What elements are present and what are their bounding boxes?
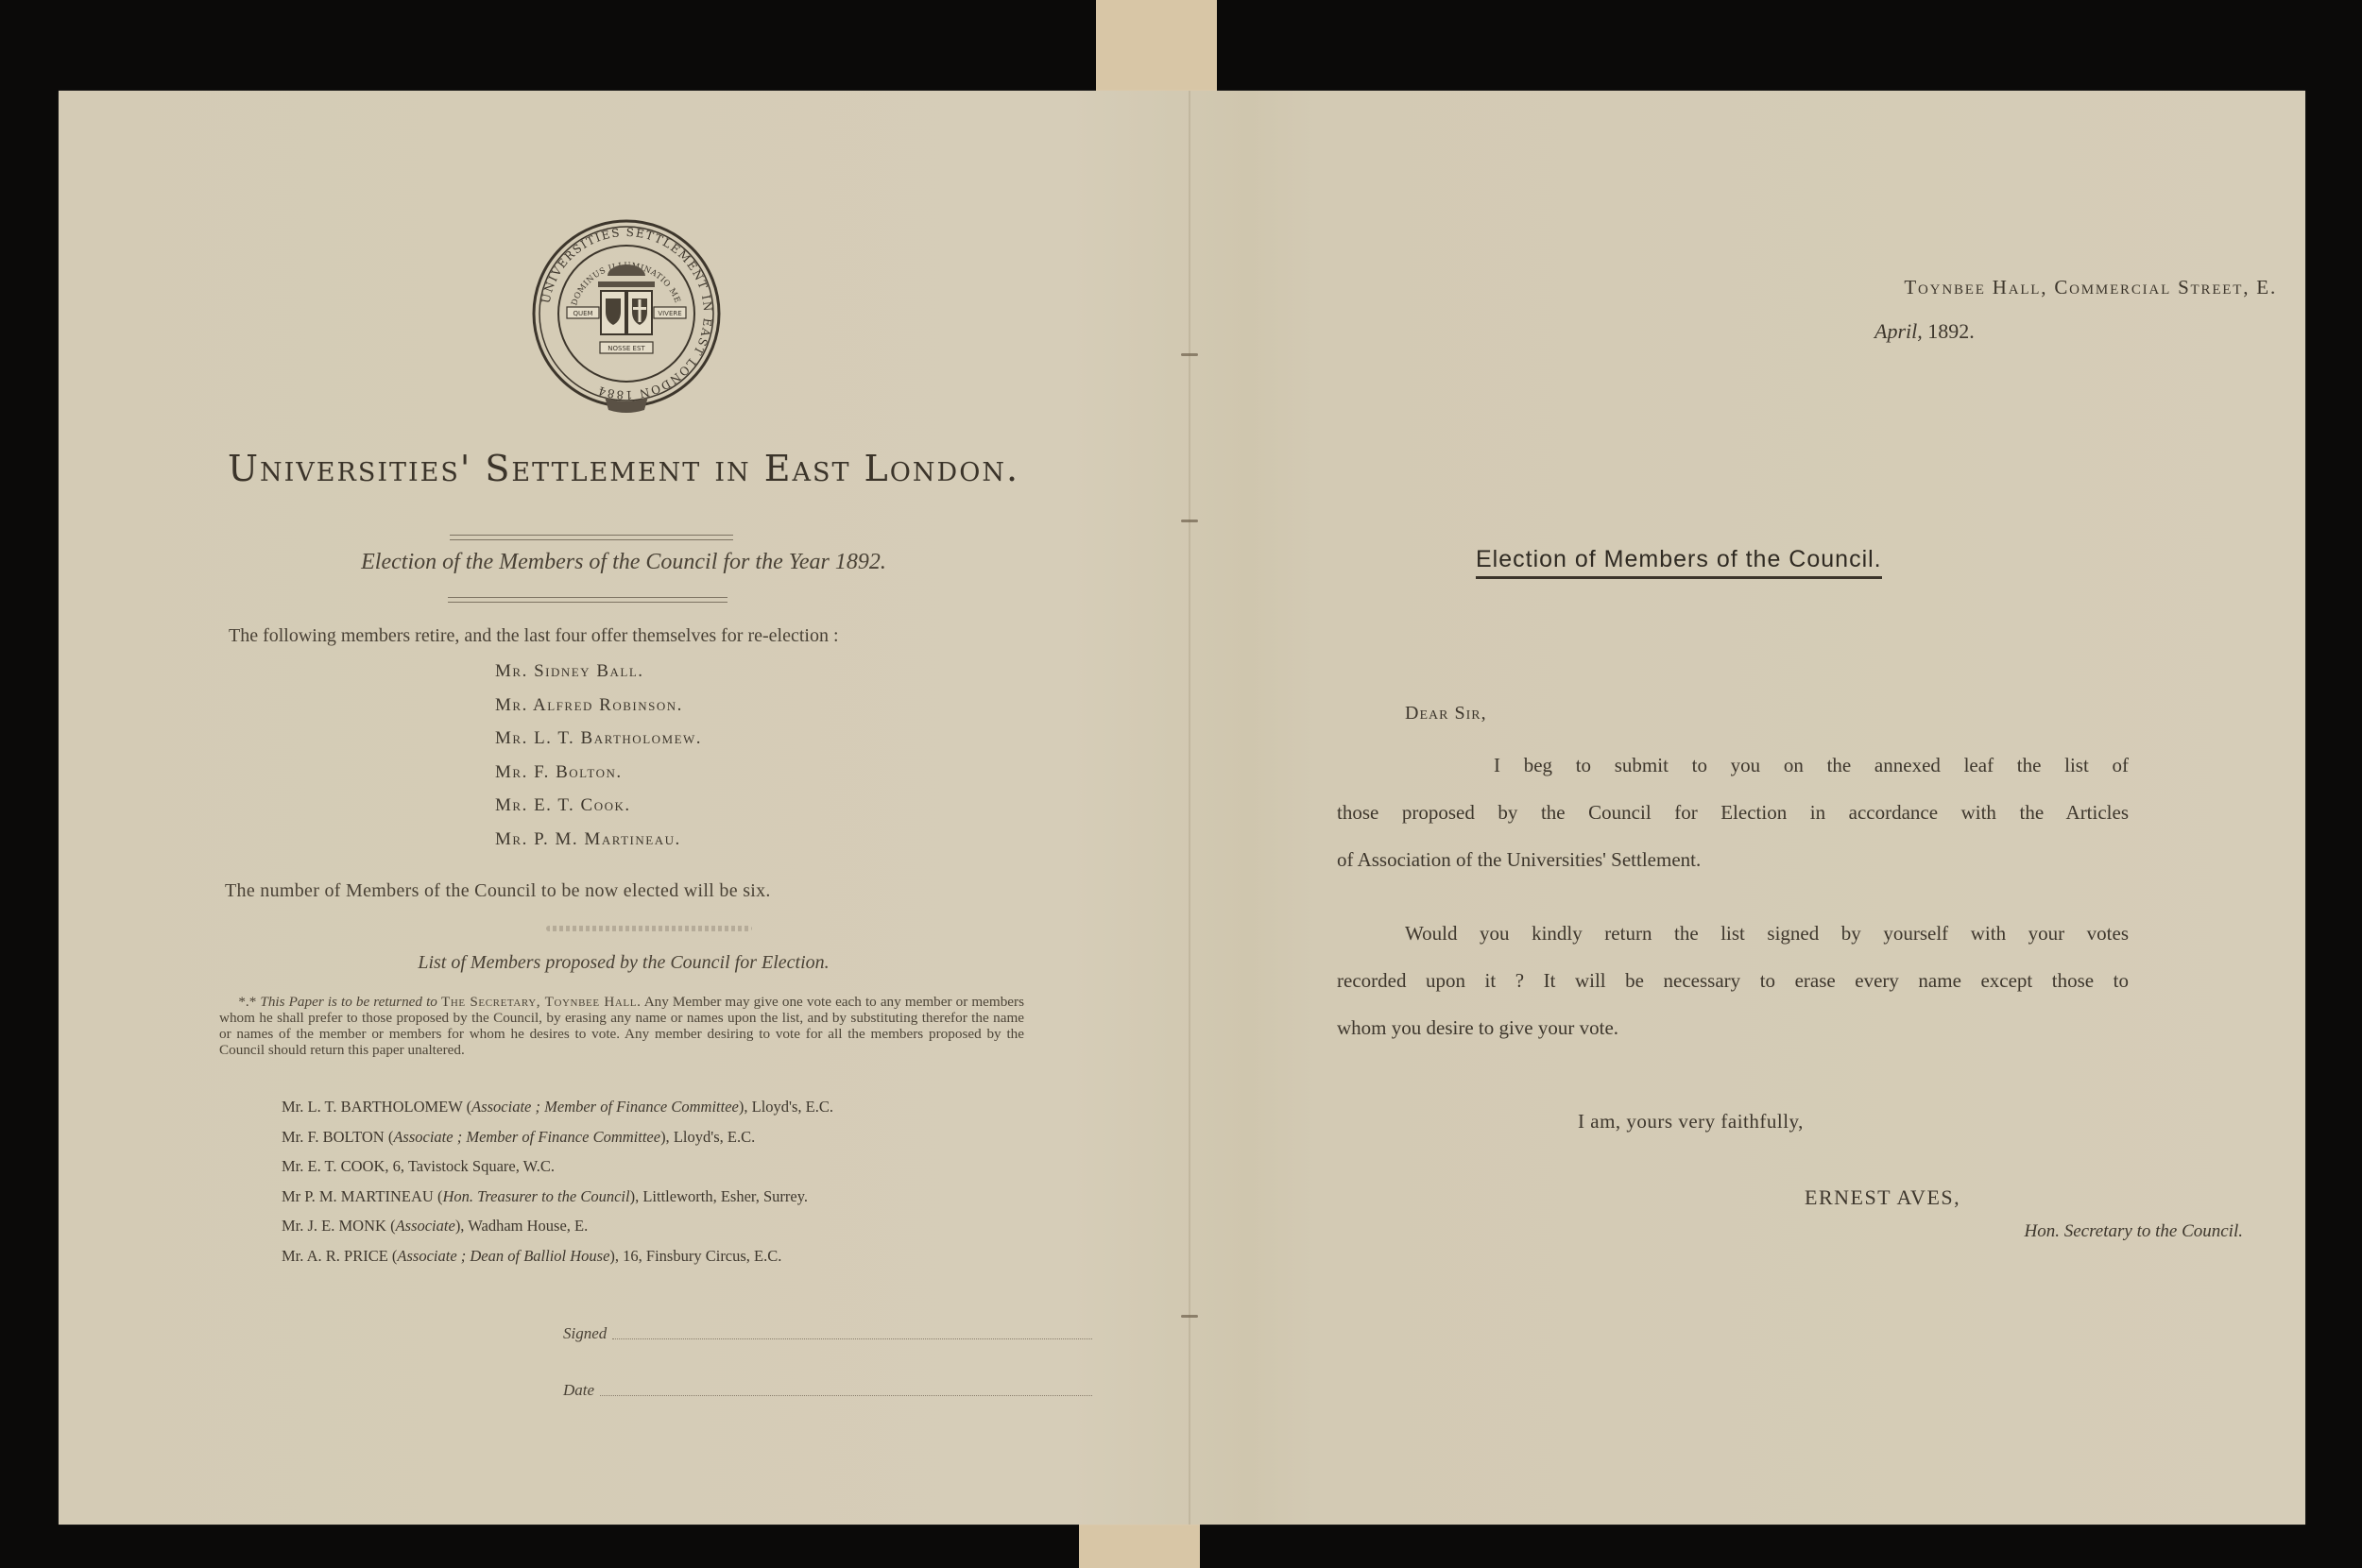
binding-stub-top	[1096, 0, 1217, 94]
double-rule	[448, 597, 727, 603]
candidate-name: Mr P. M. MARTINEAU	[282, 1187, 434, 1205]
paragraph-line: of Association of the Universities' Sett…	[1337, 848, 2129, 895]
candidate-row: Mr. F. BOLTON (Associate ; Member of Fin…	[282, 1128, 833, 1158]
date-month: April,	[1874, 319, 1923, 343]
candidate-role: Associate ; Member of Finance Committee	[393, 1128, 660, 1146]
candidate-name: Mr. F. BOLTON	[282, 1128, 385, 1146]
signature-line[interactable]	[612, 1338, 1092, 1339]
date-field[interactable]: Date	[563, 1381, 1092, 1400]
paragraph-1: I beg to submit to you on the annexed le…	[1337, 754, 2129, 895]
candidate-role: Hon. Treasurer to the Council	[442, 1187, 629, 1205]
svg-text:QUEM: QUEM	[573, 310, 592, 317]
left-page-ballot: UNIVERSITIES SETTLEMENT IN EAST LONDON 1…	[59, 91, 1189, 1525]
paragraph-line: whom you desire to give your vote.	[1337, 1016, 2129, 1064]
letter-closing: I am, yours very faithfully,	[1578, 1110, 1804, 1133]
sender-address: Toynbee Hall, Commercial Street, E.	[1904, 276, 2277, 299]
paragraph-line: those proposed by the Council for Electi…	[1337, 801, 2129, 848]
signature-field[interactable]: Signed	[563, 1324, 1092, 1343]
candidate-address: Littleworth, Esher, Surrey.	[642, 1187, 808, 1205]
list-item: Mr. Alfred Robinson.	[495, 695, 702, 729]
organization-title: Universities' Settlement in East London.	[59, 448, 1189, 489]
list-item: Mr. Sidney Ball.	[495, 661, 702, 695]
letter-date: April, 1892.	[1874, 319, 1975, 344]
svg-text:VIVERE: VIVERE	[658, 310, 681, 317]
list-item: Mr. F. Bolton.	[495, 762, 702, 796]
candidate-address: 6, Tavistock Square, W.C.	[393, 1157, 555, 1175]
date-year: 1892.	[1927, 319, 1975, 343]
instructions-note: *.* This Paper is to be returned to The …	[219, 994, 1024, 1058]
candidate-name: Mr. L. T. BARTHOLOMEW	[282, 1098, 463, 1116]
paragraph-line: recorded upon it ? It will be necessary …	[1337, 969, 2129, 1016]
date-label: Date	[563, 1381, 594, 1400]
candidate-row: Mr P. M. MARTINEAU (Hon. Treasurer to th…	[282, 1187, 833, 1218]
letter-heading: Election of Members of the Council.	[1476, 546, 1882, 579]
candidate-role: Associate	[396, 1217, 455, 1235]
candidate-row: Mr. E. T. COOK, 6, Tavistock Square, W.C…	[282, 1157, 833, 1187]
paragraph-2: Would you kindly return the list signed …	[1337, 922, 2129, 1064]
candidate-address: Lloyd's, E.C.	[752, 1098, 833, 1116]
center-fold	[1189, 91, 1190, 1525]
proposed-list-heading: List of Members proposed by the Council …	[59, 952, 1189, 974]
signer-name: ERNEST AVES,	[1805, 1185, 1960, 1210]
candidate-list: Mr. L. T. BARTHOLOMEW (Associate ; Membe…	[282, 1098, 833, 1276]
settlement-seal-icon: UNIVERSITIES SETTLEMENT IN EAST LONDON 1…	[529, 219, 724, 414]
signer-title: Hon. Secretary to the Council.	[2025, 1221, 2243, 1242]
retirement-intro: The following members retire, and the la…	[229, 625, 1079, 647]
salutation: Dear Sir,	[1405, 703, 1487, 724]
list-item: Mr. E. T. Cook.	[495, 795, 702, 829]
paragraph-line: Would you kindly return the list signed …	[1337, 922, 2129, 969]
note-marker: *.*	[238, 994, 256, 1010]
list-item: Mr. L. T. Bartholomew.	[495, 728, 702, 762]
candidate-row: Mr. L. T. BARTHOLOMEW (Associate ; Membe…	[282, 1098, 833, 1128]
candidate-role: Associate ; Dean of Balliol House	[397, 1247, 609, 1265]
candidate-name: Mr. J. E. MONK	[282, 1217, 386, 1235]
candidate-address: Wadham House, E.	[468, 1217, 588, 1235]
note-addressee: The Secretary, Toynbee Hall.	[441, 994, 642, 1010]
list-item: Mr. P. M. Martineau.	[495, 829, 702, 863]
binding-stub-bottom	[1079, 1521, 1200, 1568]
candidate-row: Mr. A. R. PRICE (Associate ; Dean of Bal…	[282, 1247, 833, 1277]
candidate-role: Associate ; Member of Finance Committee	[471, 1098, 739, 1116]
note-lead: This Paper is to be returned to	[260, 994, 437, 1010]
candidate-name: Mr. A. R. PRICE	[282, 1247, 388, 1265]
election-subtitle: Election of the Members of the Council f…	[59, 550, 1189, 575]
seats-statement: The number of Members of the Council to …	[225, 880, 771, 902]
date-line[interactable]	[600, 1394, 1092, 1396]
signed-label: Signed	[563, 1324, 607, 1343]
svg-text:NOSSE EST: NOSSE EST	[608, 345, 645, 352]
double-rule	[450, 535, 733, 540]
candidate-address: 16, Finsbury Circus, E.C.	[623, 1247, 781, 1265]
paragraph-line: I beg to submit to you on the annexed le…	[1337, 754, 2129, 801]
candidate-row: Mr. J. E. MONK (Associate), Wadham House…	[282, 1217, 833, 1247]
wavy-divider	[546, 926, 752, 931]
retiring-members-list: Mr. Sidney Ball. Mr. Alfred Robinson. Mr…	[495, 661, 702, 862]
candidate-address: Lloyd's, E.C.	[674, 1128, 755, 1146]
candidate-name: Mr. E. T. COOK	[282, 1157, 385, 1175]
